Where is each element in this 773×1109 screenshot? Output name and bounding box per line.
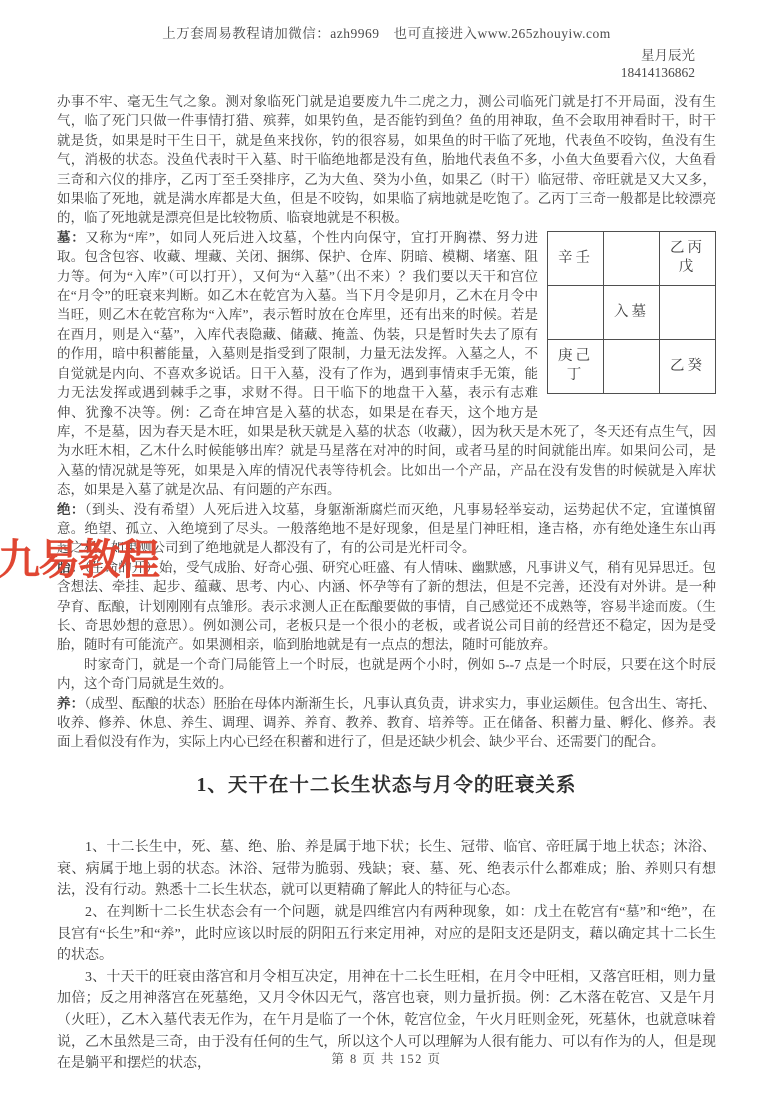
- author-name: 星月辰光: [621, 47, 695, 64]
- paragraph-intro: 办事不牢、毫无生气之象。测对象临死门就是追要废九牛二虎之力，测公司临死门就是打不…: [57, 92, 716, 228]
- author-phone: 18414136862: [621, 64, 695, 81]
- table-row: 入墓: [548, 285, 716, 339]
- term-label-mu: 墓：: [57, 230, 85, 245]
- paragraph-yang: 养：（成型、酝酿的状态）胚胎在母体内渐渐生长，凡事认真负责，讲求实力，事业运颇佳…: [57, 694, 716, 752]
- grid-cell: 入墓: [604, 285, 660, 339]
- grid-cell: [604, 339, 660, 393]
- numbered-section: 1、十二长生中，死、墓、绝、胎、养是属于地下状；长生、冠带、临官、帝旺属于地上状…: [57, 837, 716, 1075]
- grid-cell: [660, 285, 716, 339]
- grid-cell: 乙丙戊: [660, 231, 716, 285]
- document-page: 上万套周易教程请加微信：azh9969 也可直接进入www.265zhouyiw…: [0, 0, 773, 1109]
- paragraph-mu: 辛壬 乙丙戊 入墓 庚己丁 乙癸 墓：又称为“库”，如同人死后进入坟墓，个性内向…: [57, 228, 716, 500]
- paragraph-point-1: 1、十二长生中，死、墓、绝、胎、养是属于地下状；长生、冠带、临官、帝旺属于地上状…: [57, 837, 716, 902]
- paragraph-shijia: 时家奇门，就是一个奇门局能管上一个时辰，也就是两个小时，例如 5--7 点是一个…: [57, 655, 716, 694]
- qimen-palace-table: 辛壬 乙丙戊 入墓 庚己丁 乙癸: [547, 231, 716, 394]
- table-row: 辛壬 乙丙戊: [548, 231, 716, 285]
- grid-cell: [604, 231, 660, 285]
- section-heading: 1、天干在十二长生状态与月令的旺衰关系: [57, 776, 716, 795]
- header-promo-text: 上万套周易教程请加微信：azh9969 也可直接进入www.265zhouyiw…: [0, 22, 773, 42]
- page-number-footer: 第 8 页 共 152 页: [0, 1049, 773, 1067]
- author-block: 星月辰光 18414136862: [621, 47, 695, 81]
- table-row: 庚己丁 乙癸: [548, 339, 716, 393]
- grid-cell: 庚己丁: [548, 339, 604, 393]
- grid-cell: 辛壬: [548, 231, 604, 285]
- grid-cell: [548, 285, 604, 339]
- paragraph-point-2: 2、在判断十二长生状态会有一个问题，就是四维宫内有两种现象，如：戊土在乾宫有“墓…: [57, 902, 716, 967]
- document-body: 办事不牢、毫无生气之象。测对象临死门就是追要废九牛二虎之力，测公司临死门就是打不…: [57, 92, 716, 1075]
- term-text-yang: （成型、酝酿的状态）胚胎在母体内渐渐生长，凡事认真负责，讲求实力，事业运颇佳。包…: [57, 696, 716, 750]
- watermark-jiuyi-jiaocheng: 九易教程: [0, 539, 158, 581]
- grid-cell: 乙癸: [660, 339, 716, 393]
- term-label-jue: 绝：: [57, 502, 85, 517]
- term-label-yang: 养：: [57, 696, 84, 711]
